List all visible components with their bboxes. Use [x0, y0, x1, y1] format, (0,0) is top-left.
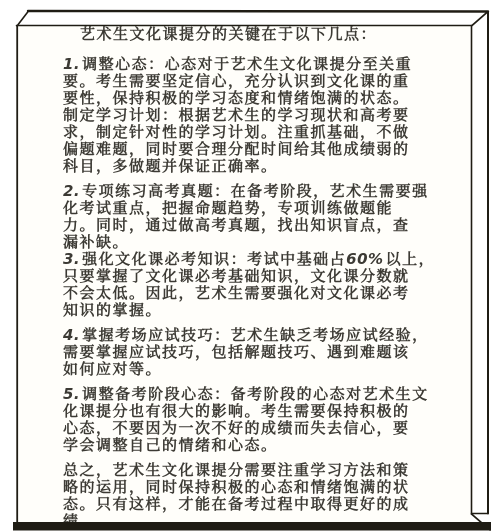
- document-title: 艺术生文化课提分的关键在于以下几点：: [80, 26, 461, 43]
- frame-top-right-fold: [472, 12, 488, 26]
- paragraphs: 1.调整心态：心态对于艺术生文化课提分至关重 要。考生需要坚定信心，充分认识到文…: [63, 56, 461, 530]
- frame-corner-fold-diagonal: [472, 514, 491, 530]
- paragraph: 2.专项练习高考真题：在备考阶段，艺术生需要强 化考试重点，把握命题趋势，专项训…: [63, 183, 461, 251]
- paragraph-number: 4.: [63, 326, 82, 344]
- paragraph-text: 掌握考场应试技巧：艺术生缺乏考场应试经验， 需要掌握应试技巧，包括解题技巧、遇到…: [63, 326, 429, 378]
- paragraph-text: 强化文化课必考知识：考试中基础占: [82, 250, 346, 268]
- paragraph: 总之，艺术生文化课提分需要注重学习方法和策 略的运用，同时保持积极的心态和情绪饱…: [63, 462, 461, 530]
- paragraph-text: 调整心态：心态对于艺术生文化课提分至关重 要。考生需要坚定信心，充分认识到文化课…: [63, 55, 412, 175]
- paragraph-number: 1.: [63, 55, 82, 73]
- paragraph-number: 60%: [346, 250, 385, 268]
- paragraph: 3.强化文化课必考知识：考试中基础占60%以上， 只要掌握了文化课必考基础知识，…: [63, 251, 461, 319]
- frame-top-left-fold: [17, 11, 29, 26]
- frame-top-outer-edge: [28, 11, 488, 12]
- paragraph-number: 2.: [63, 182, 82, 200]
- document-body: 艺术生文化课提分的关键在于以下几点： 1.调整心态：心态对于艺术生文化课提分至关…: [63, 26, 461, 530]
- paragraph-text: 专项练习高考真题：在备考阶段，艺术生需要强 化考试重点，把握命题趋势，专项训练做…: [63, 182, 429, 251]
- page-canvas: 艺术生文化课提分的关键在于以下几点： 1.调整心态：心态对于艺术生文化课提分至关…: [0, 0, 500, 531]
- paragraph: 4.掌握考场应试技巧：艺术生缺乏考场应试经验， 需要掌握应试技巧，包括解题技巧、…: [63, 327, 461, 378]
- paragraph-text: 总之，艺术生文化课提分需要注重学习方法和策 略的运用，同时保持积极的心态和情绪饱…: [63, 461, 410, 530]
- paragraph-text: 调整备考阶段心态：备考阶段的心态对艺术生文 化课提分也有很大的影响。考生需要保持…: [63, 385, 429, 454]
- paragraph-number: 5.: [63, 385, 82, 403]
- paragraph: 1.调整心态：心态对于艺术生文化课提分至关重 要。考生需要坚定信心，充分认识到文…: [63, 56, 461, 175]
- paragraph-number: 3.: [63, 250, 82, 268]
- paragraph: 5.调整备考阶段心态：备考阶段的心态对艺术生文 化课提分也有很大的影响。考生需要…: [63, 386, 461, 454]
